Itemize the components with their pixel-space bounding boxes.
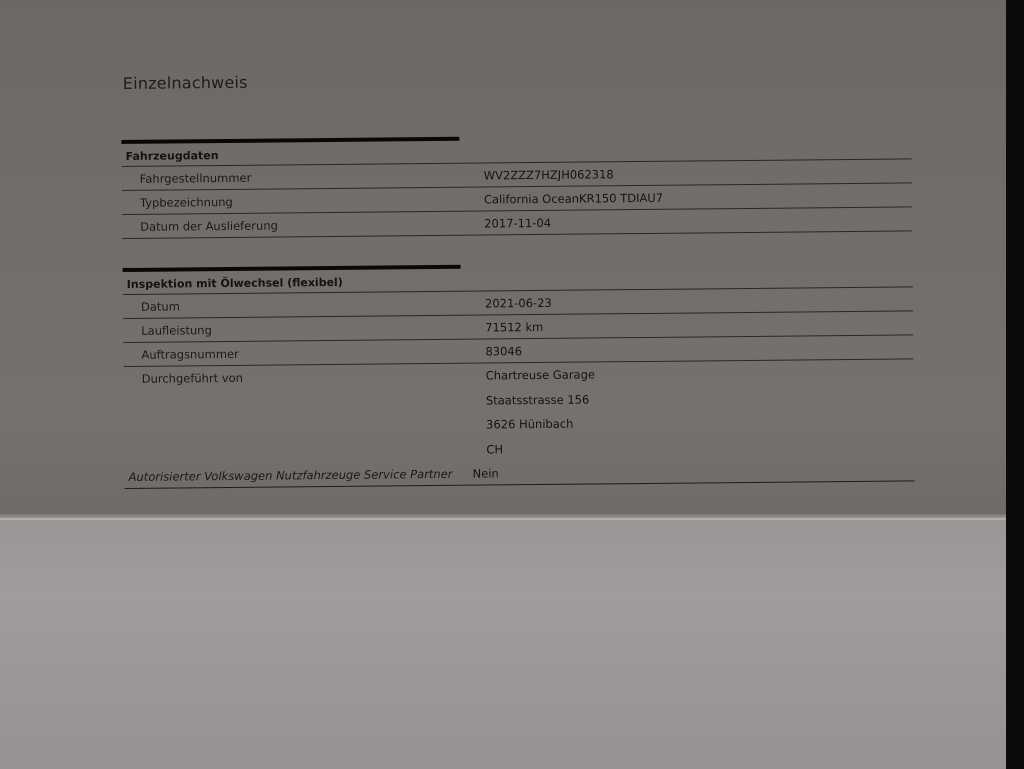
row-value: Nein (473, 462, 915, 480)
document-title: Einzelnachweis (123, 73, 248, 93)
row-value: 2017-11-04 (484, 212, 912, 230)
row-value: WV2ZZZ7HZJH062318 (484, 164, 912, 182)
row-value: California OceanKR150 TDIAU7 (484, 188, 912, 206)
address-line: 3626 Hünibach (486, 414, 914, 432)
document-content: Einzelnachweis Fahrzeugdaten Fahrgestell… (0, 0, 1014, 511)
section-vehicle-data: Fahrzeugdaten Fahrgestellnummer WV2ZZZ7H… (121, 132, 912, 239)
row-label: Laufleistung (123, 320, 485, 337)
row-label: Datum der Auslieferung (122, 216, 484, 233)
section-inspection: Inspektion mit Ölwechsel (flexibel) Datu… (123, 260, 915, 489)
address-line: Staatsstrasse 156 (486, 389, 914, 407)
row-label: Fahrgestellnummer (122, 168, 484, 185)
row-value: 2021-06-23 (485, 292, 913, 310)
row-label: Auftragsnummer (123, 344, 485, 361)
row-label: Autorisierter Volkswagen Nutzfahrzeuge S… (125, 466, 473, 483)
row-label: Typbezeichnung (122, 192, 484, 209)
row-label: Datum (123, 296, 485, 313)
address-line: CH (486, 438, 914, 456)
address-line: Chartreuse Garage (486, 365, 914, 383)
row-value: 71512 km (485, 316, 913, 334)
row-label: Durchgeführt von (124, 369, 486, 386)
document-page-lower (0, 518, 1010, 769)
row-value: 83046 (485, 340, 913, 358)
